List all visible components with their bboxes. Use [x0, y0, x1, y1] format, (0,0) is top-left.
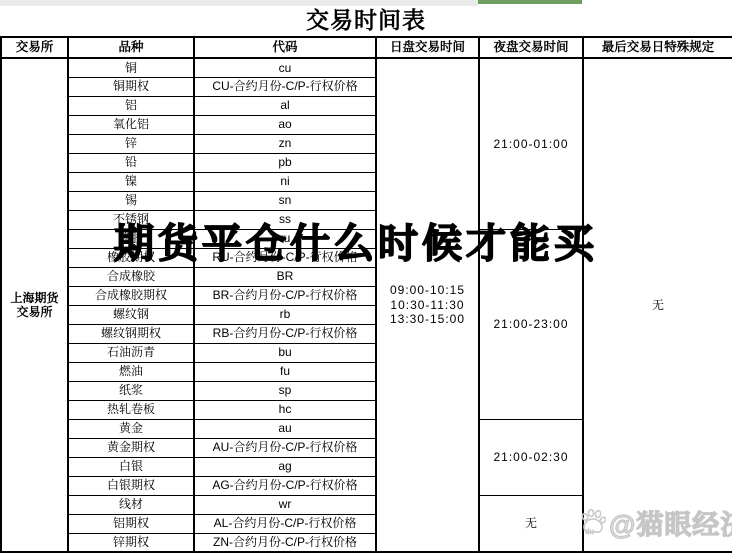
product-name-cell: 纸浆 [68, 381, 194, 400]
product-name-cell: 白银 [68, 457, 194, 476]
product-code-cell: sp [194, 381, 376, 400]
brand-watermark: @猫眼经济 [580, 503, 732, 542]
product-name-cell: 黄金期权 [68, 438, 194, 457]
product-name-cell: 合成橡胶期权 [68, 286, 194, 305]
product-name-cell: 镍 [68, 172, 194, 191]
product-code-cell: ni [194, 172, 376, 191]
product-name-cell: 石油沥青 [68, 343, 194, 362]
col-header-night-hours: 夜盘交易时间 [479, 37, 583, 58]
night-trading-hours-cell: 21:00-01:00 [479, 58, 583, 229]
brand-watermark-sub: du [585, 527, 594, 536]
table-body: 上海期货交易所铜cu09:00-10:1510:30-11:3013:30-15… [1, 58, 732, 552]
product-name-cell: 合成橡胶 [68, 267, 194, 286]
product-code-cell: AU-合约月份-C/P-行权价格 [194, 438, 376, 457]
product-code-cell: al [194, 96, 376, 115]
product-name-cell: 白银期权 [68, 476, 194, 495]
trading-hours-table: 交易所 品种 代码 日盘交易时间 夜盘交易时间 最后交易日特殊规定 上海期货交易… [0, 36, 732, 553]
col-header-product: 品种 [68, 37, 194, 58]
product-name-cell: 螺纹钢期权 [68, 324, 194, 343]
product-code-cell: au [194, 419, 376, 438]
column-selection-highlight [478, 0, 582, 4]
product-code-cell: rb [194, 305, 376, 324]
product-name-cell: 热轧卷板 [68, 400, 194, 419]
product-name-cell: 锌 [68, 134, 194, 153]
product-code-cell: cu [194, 58, 376, 77]
product-code-cell: zn [194, 134, 376, 153]
brand-watermark-text: @猫眼经济 [609, 503, 732, 542]
product-code-cell: wr [194, 495, 376, 514]
product-code-cell: hc [194, 400, 376, 419]
product-name-cell: 黄金 [68, 419, 194, 438]
product-name-cell: 锌期权 [68, 533, 194, 552]
col-header-last-day-rule: 最后交易日特殊规定 [583, 37, 732, 58]
product-code-cell: BR [194, 267, 376, 286]
product-code-cell: bu [194, 343, 376, 362]
product-code-cell: BR-合约月份-C/P-行权价格 [194, 286, 376, 305]
product-code-cell: AL-合约月份-C/P-行权价格 [194, 514, 376, 533]
table-header-row: 交易所 品种 代码 日盘交易时间 夜盘交易时间 最后交易日特殊规定 [1, 37, 732, 58]
day-trading-hours-cell: 09:00-10:1510:30-11:3013:30-15:00 [376, 58, 479, 552]
center-watermark-text: 期货平仓什么时候才能买 [114, 212, 598, 269]
col-header-day-hours: 日盘交易时间 [376, 37, 479, 58]
product-code-cell: fu [194, 362, 376, 381]
product-name-cell: 螺纹钢 [68, 305, 194, 324]
product-name-cell: 铜期权 [68, 77, 194, 96]
product-code-cell: CU-合约月份-C/P-行权价格 [194, 77, 376, 96]
table-row: 上海期货交易所铜cu09:00-10:1510:30-11:3013:30-15… [1, 58, 732, 77]
col-header-exchange: 交易所 [1, 37, 68, 58]
product-code-cell: ZN-合约月份-C/P-行权价格 [194, 533, 376, 552]
last-day-rule-cell: 无 [583, 58, 732, 552]
product-name-cell: 铜 [68, 58, 194, 77]
product-code-cell: RB-合约月份-C/P-行权价格 [194, 324, 376, 343]
product-code-cell: AG-合约月份-C/P-行权价格 [194, 476, 376, 495]
product-code-cell: ag [194, 457, 376, 476]
product-name-cell: 铅 [68, 153, 194, 172]
product-code-cell: pb [194, 153, 376, 172]
product-name-cell: 铝期权 [68, 514, 194, 533]
product-name-cell: 燃油 [68, 362, 194, 381]
col-header-code: 代码 [194, 37, 376, 58]
exchange-cell: 上海期货交易所 [1, 58, 68, 552]
page-title: 交易时间表 [0, 6, 732, 36]
product-name-cell: 线材 [68, 495, 194, 514]
product-code-cell: sn [194, 191, 376, 210]
product-name-cell: 锡 [68, 191, 194, 210]
night-trading-hours-cell: 21:00-02:30 [479, 419, 583, 495]
product-name-cell: 铝 [68, 96, 194, 115]
night-trading-hours-cell: 无 [479, 495, 583, 552]
product-name-cell: 氧化铝 [68, 115, 194, 134]
product-code-cell: ao [194, 115, 376, 134]
